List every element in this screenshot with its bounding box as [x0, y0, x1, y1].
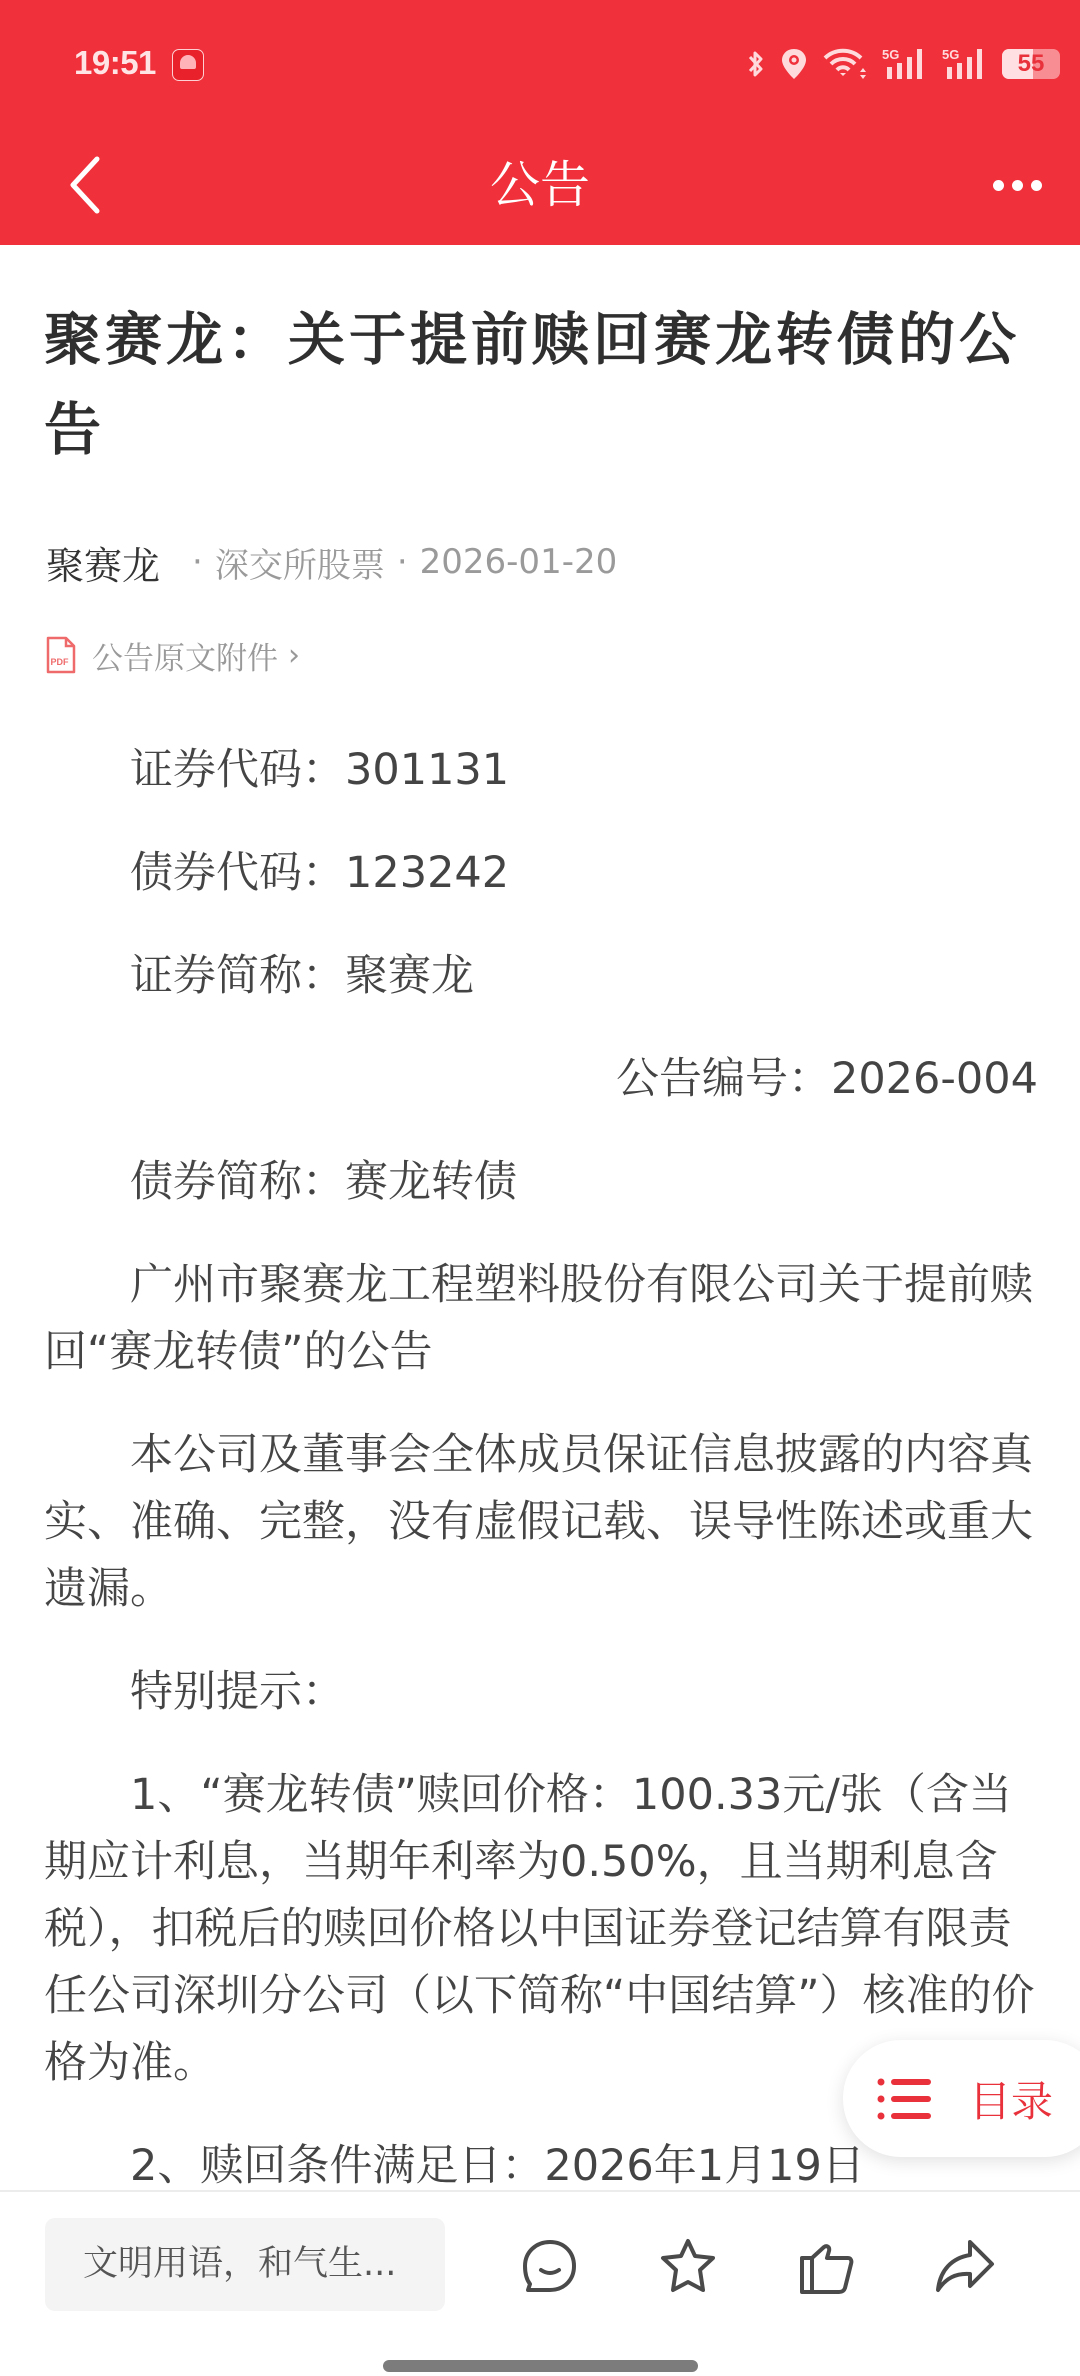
share-icon	[934, 2238, 996, 2296]
attachment-label: 公告原文附件	[92, 633, 278, 678]
article-source: 深交所股票	[215, 538, 385, 587]
star-icon	[658, 2238, 718, 2296]
bluetooth-icon	[746, 48, 766, 80]
more-dots-icon	[993, 180, 1004, 191]
page-title: 公告	[0, 155, 1080, 215]
battery-icon: 55	[1002, 49, 1060, 79]
pdf-icon: PDF	[46, 636, 76, 674]
like-button[interactable]	[794, 2235, 858, 2299]
article-author[interactable]: 聚赛龙	[46, 535, 160, 590]
signal-5g-icon-2: 5G	[942, 47, 988, 81]
announcement-heading: 广州市聚赛龙工程塑料股份有限公司关于提前赎回“赛龙转债”的公告	[44, 1252, 1038, 1386]
article-body: 证券代码：301131 债券代码：123242 证券简称：聚赛龙 公告编号：20…	[44, 737, 1038, 2236]
status-time: 19:51	[74, 44, 156, 82]
bond-short-name: 债券简称：赛龙转债	[44, 1149, 1038, 1216]
security-code: 证券代码：301131	[44, 737, 1038, 804]
system-icons: 5G 5G 55	[746, 46, 1060, 82]
special-notice-heading: 特别提示：	[44, 1659, 1038, 1726]
status-bar: 19:51 5G 5G 55	[0, 0, 1080, 125]
list-icon	[877, 2077, 933, 2121]
bottom-action-bar: 文明用语，和气生...	[0, 2190, 1080, 2376]
svg-text:5G: 5G	[882, 47, 899, 62]
location-icon	[780, 47, 808, 81]
comment-input[interactable]: 文明用语，和气生...	[45, 2218, 445, 2311]
security-short-name: 证券简称：聚赛龙	[44, 943, 1038, 1010]
meta-separator: ·	[397, 542, 408, 582]
attachment-link[interactable]: PDF 公告原文附件 ›	[46, 632, 300, 678]
chevron-right-icon: ›	[288, 638, 300, 673]
announcement-number: 公告编号：2026-004	[44, 1046, 1038, 1113]
article-meta: 聚赛龙 · 深交所股票 · 2026-01-20	[46, 538, 617, 586]
signal-5g-icon: 5G	[882, 47, 928, 81]
article-date: 2026-01-20	[420, 542, 618, 582]
comment-icon	[521, 2238, 579, 2296]
bond-code: 债券代码：123242	[44, 840, 1038, 907]
more-button[interactable]	[982, 155, 1052, 215]
thumbs-up-icon	[796, 2238, 856, 2296]
nav-bar: 公告	[0, 125, 1080, 245]
battery-level: 55	[1002, 50, 1060, 78]
article-title: 聚赛龙：关于提前赎回赛龙转债的公告	[44, 295, 1044, 475]
wifi-icon	[822, 48, 868, 80]
toc-label: 目录	[969, 2069, 1053, 2129]
svg-text:PDF: PDF	[51, 657, 70, 667]
top-bar: 19:51 5G 5G 55 公告	[0, 0, 1080, 245]
svg-text:5G: 5G	[942, 47, 959, 62]
meta-separator: ·	[192, 542, 203, 582]
toc-button[interactable]: 目录	[843, 2040, 1080, 2157]
board-statement: 本公司及董事会全体成员保证信息披露的内容真实、准确、完整，没有虚假记载、误导性陈…	[44, 1422, 1038, 1623]
comment-button[interactable]	[518, 2235, 582, 2299]
favorite-button[interactable]	[656, 2235, 720, 2299]
notification-app-icon	[172, 49, 204, 81]
share-button[interactable]	[933, 2235, 997, 2299]
home-indicator[interactable]	[383, 2360, 698, 2372]
